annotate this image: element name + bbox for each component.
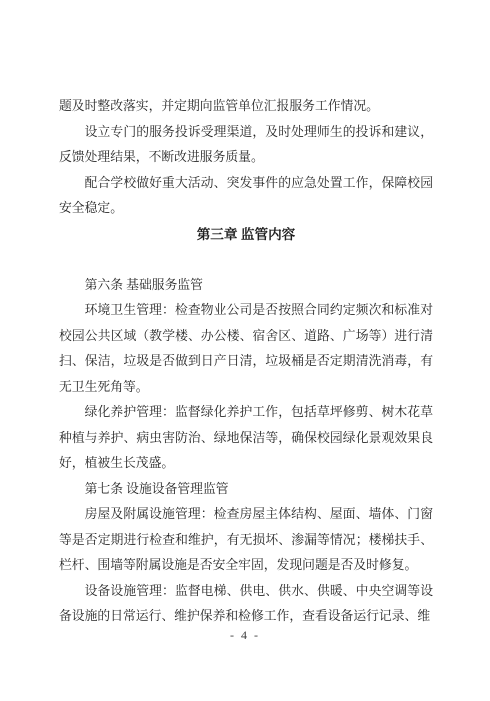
document-body: 题及时整改落实，并定期向监管单位汇报服务工作情况。 设立专门的服务投诉受理渠道，…	[59, 94, 433, 630]
article-heading-7: 第七条 设施设备管理监管	[59, 477, 433, 503]
page-number: - 4 -	[0, 624, 490, 646]
paragraph: 配合学校做好重大活动、突发事件的应急处置工作，保障校园安全稳定。	[59, 171, 433, 222]
article-heading-6: 第六条 基础服务监管	[59, 273, 433, 299]
paragraph-greening-maintenance: 绿化养护管理：监督绿化养护工作，包括草坪修剪、树木花草种植与养护、病虫害防治、绿…	[59, 400, 433, 477]
paragraph-equipment-facilities: 设备设施管理：监督电梯、供电、供水、供暖、中央空调等设备设施的日常运行、维护保养…	[59, 579, 433, 630]
paragraph-continuation: 题及时整改落实，并定期向监管单位汇报服务工作情况。	[59, 94, 433, 120]
chapter-heading: 第三章 监管内容	[59, 222, 433, 248]
paragraph: 设立专门的服务投诉受理渠道，及时处理师生的投诉和建议，反馈处理结果，不断改进服务…	[59, 120, 433, 171]
paragraph-building-facilities: 房屋及附属设施管理：检查房屋主体结构、屋面、墙体、门窗等是否定期进行检查和维护，…	[59, 502, 433, 579]
document-page: 题及时整改落实，并定期向监管单位汇报服务工作情况。 设立专门的服务投诉受理渠道，…	[0, 0, 490, 701]
paragraph-environment-sanitation: 环境卫生管理：检查物业公司是否按照合同约定频次和标准对校园公共区域（教学楼、办公…	[59, 298, 433, 400]
